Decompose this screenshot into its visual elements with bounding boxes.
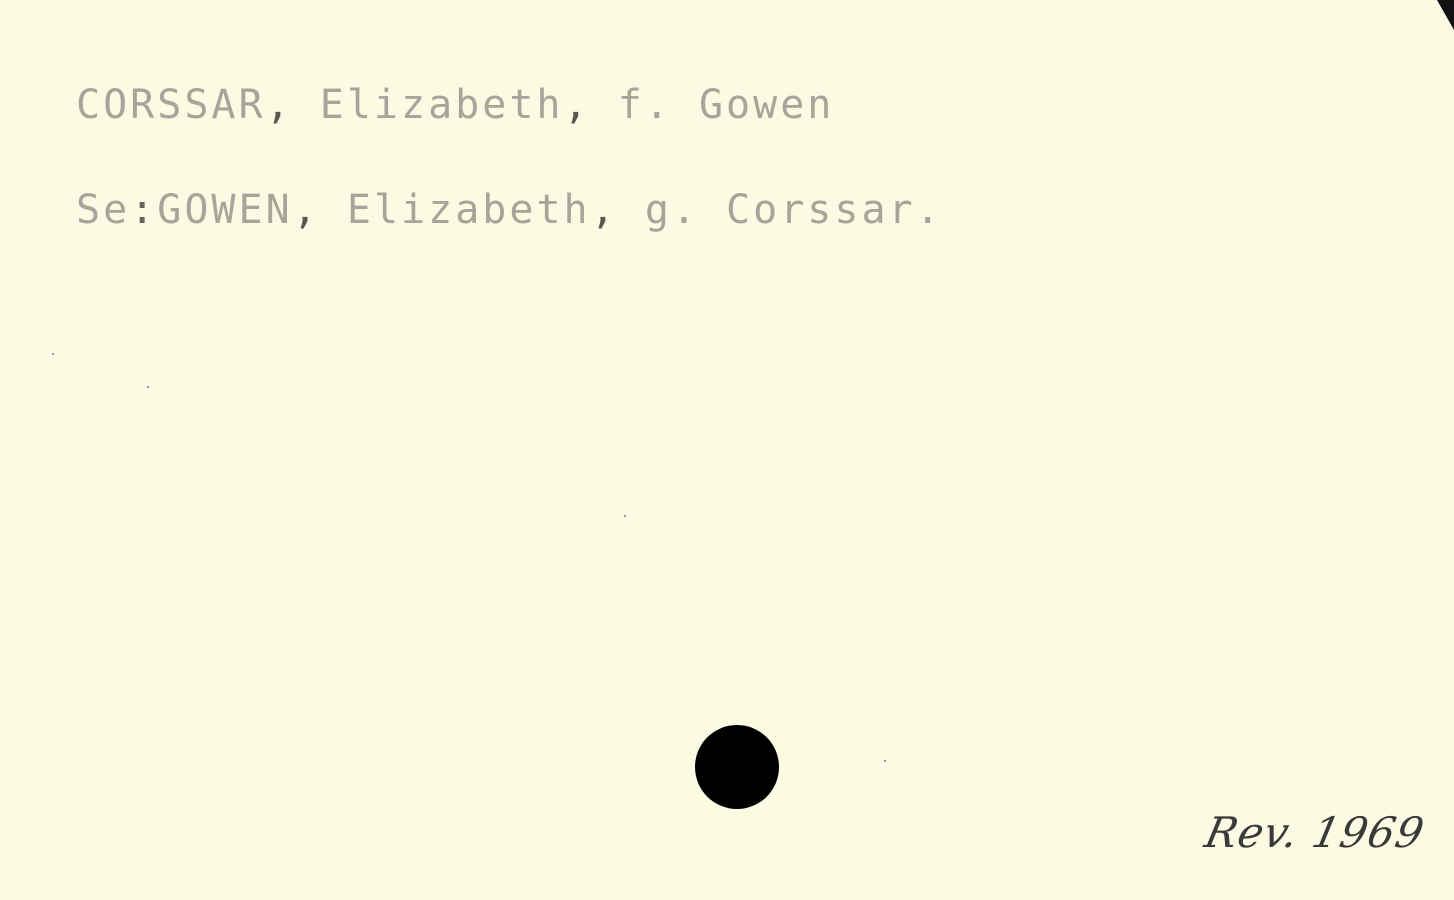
heading-given-name: Elizabeth xyxy=(320,82,564,128)
see-reference-entry: Se:GOWEN, Elizabeth, g. Corssar. xyxy=(76,187,943,233)
index-card: CORSSAR, Elizabeth, f. Gowen Se:GOWEN, E… xyxy=(0,0,1454,900)
comma: , xyxy=(266,82,293,128)
see-note: g. Corssar. xyxy=(645,187,943,233)
speck xyxy=(52,353,54,355)
speck xyxy=(147,386,149,388)
heading-surname: CORSSAR xyxy=(76,82,266,128)
comma: , xyxy=(564,82,591,128)
comma: , xyxy=(591,187,618,233)
speck xyxy=(884,760,886,762)
heading-note: f. Gowen xyxy=(618,82,835,128)
speck xyxy=(624,515,626,517)
see-surname: GOWEN xyxy=(157,187,292,233)
handwritten-revision-note: Rev. 1969 xyxy=(1201,808,1429,857)
heading-entry: CORSSAR, Elizabeth, f. Gowen xyxy=(76,82,834,128)
see-prefix: Se xyxy=(76,187,130,233)
colon-mark: : xyxy=(130,187,157,233)
punch-hole xyxy=(695,725,779,809)
comma: , xyxy=(293,187,320,233)
see-given-name: Elizabeth xyxy=(347,187,591,233)
